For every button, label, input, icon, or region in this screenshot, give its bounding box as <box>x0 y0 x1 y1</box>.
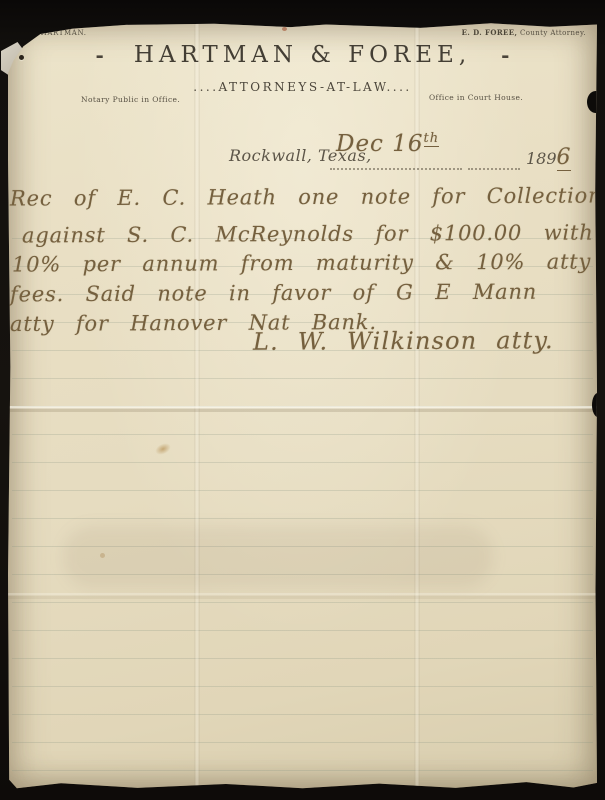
partner-name-left: A. E. HARTMAN. <box>18 29 87 37</box>
handwritten-line: fees. Said note in favor of G E Mann <box>10 280 537 307</box>
decorative-dash-left: - <box>96 43 104 67</box>
signature: L. W. Wilkinson atty. <box>253 326 554 356</box>
horizontal-fold-crease <box>8 593 597 599</box>
year-handwritten: 6 <box>557 145 571 171</box>
handwritten-date: Dec 16th <box>336 131 439 157</box>
partner-name-right: E. D. FOREE, County Attorney. <box>462 28 586 37</box>
dateline-year: 1896 <box>526 145 571 170</box>
scanned-document: A. E. HARTMAN. E. D. FOREE, County Attor… <box>0 0 605 800</box>
handwritten-line: 10% per annum from maturity & 10% atty <box>12 249 591 276</box>
year-printed: 189 <box>526 149 557 168</box>
letter-paper: A. E. HARTMAN. E. D. FOREE, County Attor… <box>8 21 597 789</box>
horizontal-fold-crease <box>8 406 597 412</box>
stain-dot <box>238 784 247 793</box>
decorative-dash-right: - <box>501 43 509 67</box>
handwritten-line: Rec of E. C. Heath one note for Collecti… <box>10 183 603 210</box>
stain-speck <box>100 553 105 558</box>
edge-punch-notch <box>587 91 604 113</box>
partner-right-title: County Attorney. <box>517 29 586 37</box>
ink-bleedthrough <box>63 526 493 588</box>
date-day: Dec 16 <box>336 131 424 157</box>
edge-punch-notch <box>592 393 604 417</box>
handwritten-line: against S. C. McReynolds for $100.00 wit… <box>22 221 594 248</box>
firm-name: HARTMAN & FOREE, <box>134 42 471 68</box>
letterhead-note-right: Office in Court House. <box>429 93 523 102</box>
vertical-fold-crease <box>194 21 200 789</box>
dotted-date-rule <box>330 168 462 170</box>
firm-name-row: - HARTMAN & FOREE, - <box>8 42 597 68</box>
dotted-date-rule <box>468 168 520 170</box>
firm-subtitle: ....ATTORNEYS-AT-LAW.... <box>8 80 597 94</box>
stain-speck <box>282 27 287 31</box>
stain-oval <box>154 441 173 457</box>
date-ordinal: th <box>424 131 440 147</box>
letterhead-note-left: Notary Public in Office. <box>81 95 180 104</box>
partner-right-name: E. D. FOREE, <box>462 28 518 37</box>
pinhole <box>19 55 24 60</box>
